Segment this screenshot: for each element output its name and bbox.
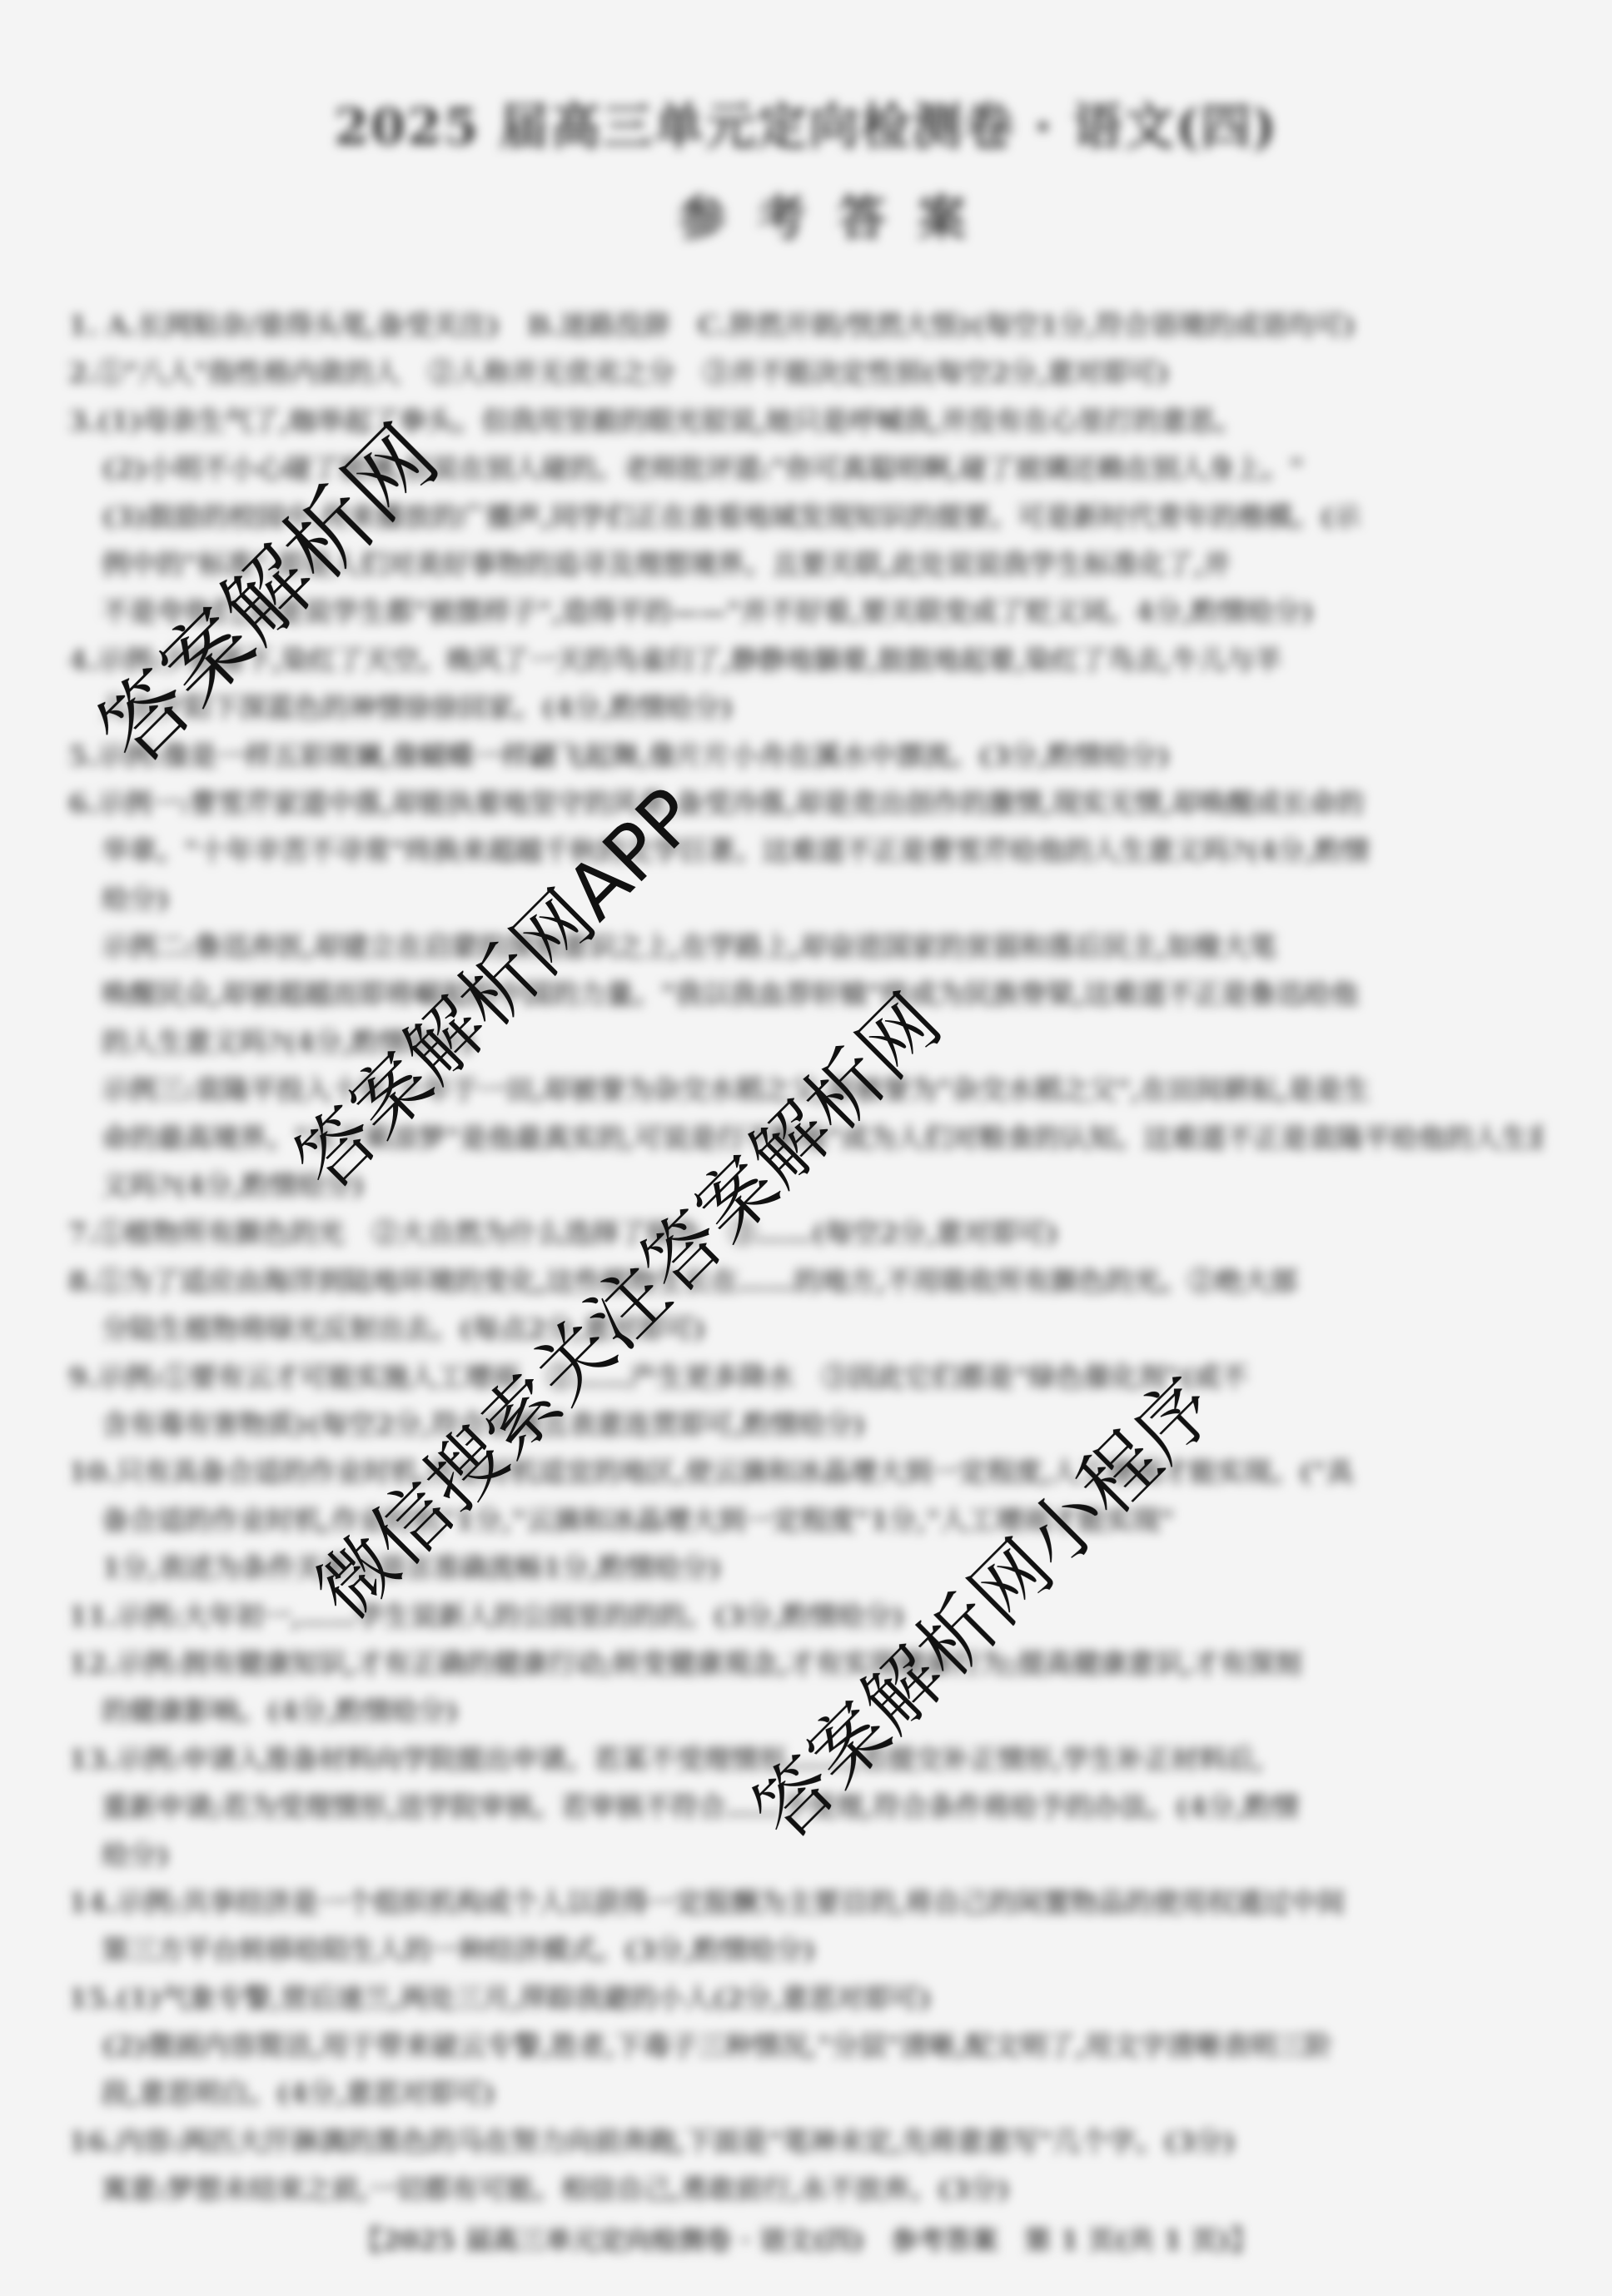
answer-line: 8.①为了适应由海洋到陆地环境的变化,这些植物生长在……的地方,不用吸收所有颜色… xyxy=(68,1258,1542,1305)
answer-line: (2)小明不小心碰了玻璃,但说在别人碰的。老师批评道:"你可真聪明啊,碰了玻璃还… xyxy=(68,445,1542,492)
answer-line: 华章。"十年辛苦不寻常"终换来超越千秋的文学巨著。这难道不正是曹雪芹给他的人生意… xyxy=(68,827,1542,874)
answer-line: 儿在夕阳下深蓝色的神情徐徐回家。(4分,酌情给分) xyxy=(68,684,1542,731)
answer-line: 14.示例:共享经济是一个组织机构或个人以获得一定报酬为主要目的,将自己的闲置物… xyxy=(68,1879,1542,1926)
answer-line: 给分) xyxy=(68,875,1542,923)
answer-line: 1分,表述为条件关系且语言准确流畅1分,酌情给分) xyxy=(68,1544,1542,1591)
answer-line: 9.示例:①要有云才可能实施人工增雨 ②……产生更多降水 ③因此它们都是"绿色催… xyxy=(68,1353,1542,1401)
document-subtitle: 参考答案 xyxy=(0,179,1612,249)
answer-line: 寓意:梦想未结束之前,一切都有可能。相信自己,勇敢前行,永不放弃。(3分) xyxy=(68,2165,1542,2213)
answer-line: 12.示例:拥有健康知识,才有正确的健康行动;转变健康观念,才有实现健康行为;提… xyxy=(68,1640,1542,1687)
page-footer: 【2025 届高三单元定向检测卷 · 语文(四) 参考答案 第 1 页(共 1 … xyxy=(0,2219,1612,2258)
answer-line: 第三方平台转移给陌生人的一种经济模式。(3分,酌情给分) xyxy=(68,1926,1542,1974)
answer-line: 10.只有具备合适的作业时机,作业时机适宜的地区,使云滴和冰晶增大到一定程度,人… xyxy=(68,1448,1542,1496)
answer-line: 分陆生植物将绿光反射出去。(每点2分,意对即可) xyxy=(68,1305,1542,1352)
answer-line: 2.①"八人"指性格内敛的人 ②人称并无优劣之分 ③并不能决定性别(每空2分,意… xyxy=(68,349,1542,396)
document-page: 2025 届高三单元定向检测卷 · 语文(四) 参考答案 1. A.长网粘奈/谁… xyxy=(0,0,1612,2296)
answer-line: 16.内容:两匹大汗淋漓的黑色的马在努力向前奔跑,下面是"笔神未定,先将意意写"… xyxy=(68,2118,1542,2165)
answer-line: 示例二:鲁迅弃医,却建立在启蒙的深刻意识之上,在学路上,却奋进国家的贫弱和落后民… xyxy=(68,923,1542,970)
answer-line: 15.(1)气象专警,营后速兰,两处三月,萍踪我避的小人(2分,意思对即可) xyxy=(68,1975,1542,2022)
answer-line: 5.示例:像是一样五彩斑斓,像蝴蝶一样翩飞起舞,像片片小舟在溪水中漂流。(3分,… xyxy=(68,732,1542,779)
answer-line: (2)微画内容简洁,用于带来破云专警,胜者,下毒子三种情况,"分层"清晰,配文明… xyxy=(68,2022,1542,2069)
answer-line: 唤醒民众,却被超越而即将崛起的中国的力量。"我以我血荐轩辕"终成为民族脊梁,这难… xyxy=(68,970,1542,1018)
document-title: 2025 届高三单元定向检测卷 · 语文(四) xyxy=(0,87,1612,159)
answer-line: 7.①植物所有颜色的光 ②大自然为什么选择了绿色 ③……(每空2分,意对即可) xyxy=(68,1209,1542,1257)
answer-line: 6.示例一:曹雪芹家道中落,却能执着地坚守的风骨,备受冷落,却是竞出创作的激情,… xyxy=(68,779,1542,827)
answer-line: 含有毒有害物质)(每空2分,符合语境且表意连贯即可,酌情给分) xyxy=(68,1401,1542,1448)
answer-line: 的人生意义吗?(4分,酌情给分) xyxy=(68,1019,1542,1066)
answer-line: 11.示例:大年初一,……学生说新人的公园里的的的。(3分,酌情给分) xyxy=(68,1592,1542,1640)
answer-line: 1. A.长网粘奈/谁得头笔,备受关注) B.迷路没辞 C.猝然开朗/恍然大悟)… xyxy=(68,301,1542,349)
answer-line: 备合适的作业时机,作业时机"1分,"云滴和冰晶增大到一定程度"1分,"人工增雨才… xyxy=(68,1497,1542,1544)
answer-line: 段,意思明白。(4分,意思对即可) xyxy=(68,2069,1542,2117)
answer-line: 3.(1)母亲生气了,咖举起了拳头。但我用坚毅的眼光驳说,她只是呼喊我,并没有在… xyxy=(68,397,1542,445)
